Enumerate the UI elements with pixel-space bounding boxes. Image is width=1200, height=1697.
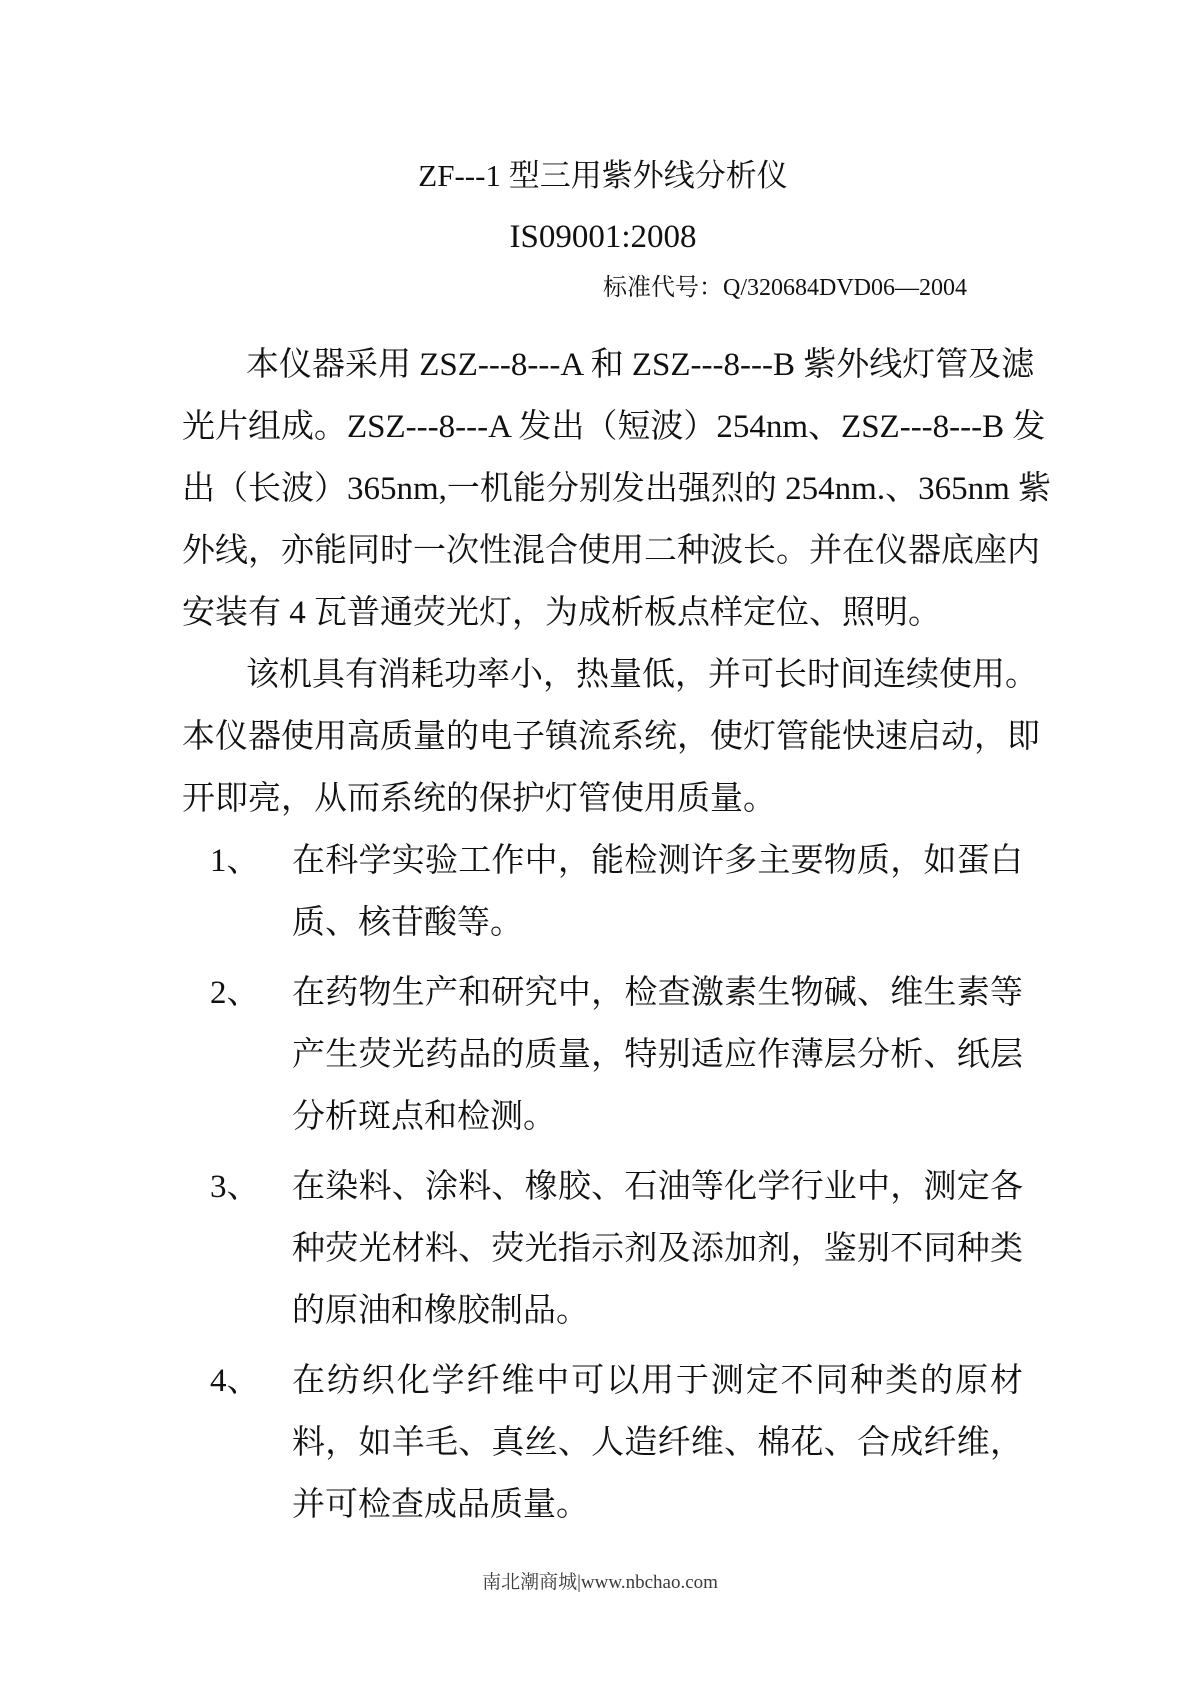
- list-item: 2、 在药物生产和研究中，检查激素生物碱、维生素等 产生荧光药品的质量，特别适应…: [182, 962, 1024, 1148]
- list-item-number: 4、: [210, 1350, 260, 1412]
- list-item: 1、 在科学实验工作中，能检测许多主要物质，如蛋白 质、核苷酸等。: [182, 830, 1024, 954]
- text-line: 产生荧光药品的质量，特别适应作薄层分析、纸层: [292, 1024, 1023, 1086]
- text-line: 在染料、涂料、橡胶、石油等化学行业中，测定各: [292, 1156, 1023, 1218]
- list-item: 4、 在纺织化学纤维中可以用于测定不同种类的原材 料，如羊毛、真丝、人造纤维、棉…: [182, 1350, 1024, 1536]
- text-line: 本仪器采用 ZSZ---8---A 和 ZSZ---8---B 紫外线灯管及滤: [182, 334, 1024, 396]
- paragraph: 该机具有消耗功率小，热量低，并可长时间连续使用。 本仪器使用高质量的电子镇流系统…: [182, 644, 1024, 830]
- footer-site-label: 南北潮商城|www.nbchao.com: [0, 1571, 1200, 1595]
- text-line: 在药物生产和研究中，检查激素生物碱、维生素等: [292, 962, 1023, 1024]
- text-line: 安装有 4 瓦普通荧光灯，为成析板点样定位、照明。: [182, 582, 1024, 644]
- list-item-number: 1、: [210, 830, 260, 892]
- text-line: 在科学实验工作中，能检测许多主要物质，如蛋白: [292, 830, 1023, 892]
- document-title: ZF---1 型三用紫外线分析仪: [182, 156, 1024, 196]
- text-line: 分析斑点和检测。: [292, 1086, 1023, 1148]
- text-line: 在纺织化学纤维中可以用于测定不同种类的原材: [292, 1350, 1023, 1412]
- text-line: 该机具有消耗功率小，热量低，并可长时间连续使用。: [182, 644, 1024, 706]
- paragraph: 本仪器采用 ZSZ---8---A 和 ZSZ---8---B 紫外线灯管及滤 …: [182, 334, 1024, 644]
- text-line: 种荧光材料、荧光指示剂及添加剂，鉴别不同种类: [292, 1218, 1023, 1280]
- text-line: 外线，亦能同时一次性混合使用二种波长。并在仪器底座内: [182, 520, 1024, 582]
- text-line: 并可检查成品质量。: [292, 1474, 1023, 1536]
- list-item: 3、 在染料、涂料、橡胶、石油等化学行业中，测定各 种荧光材料、荧光指示剂及添加…: [182, 1156, 1024, 1342]
- text-line: 质、核苷酸等。: [292, 892, 1023, 954]
- list-item-number: 3、: [210, 1156, 260, 1218]
- text-line: 本仪器使用高质量的电子镇流系统，使灯管能快速启动，即: [182, 706, 1024, 768]
- certification-line: IS09001:2008: [182, 217, 1024, 257]
- text-line: 开即亮，从而系统的保护灯管使用质量。: [182, 768, 1024, 830]
- list-item-number: 2、: [210, 962, 260, 1024]
- text-line: 出（长波）365nm,一机能分别发出强烈的 254nm.、365nm 紫: [182, 458, 1024, 520]
- text-line: 料，如羊毛、真丝、人造纤维、棉花、合成纤维，: [292, 1412, 1023, 1474]
- text-line: 的原油和橡胶制品。: [292, 1280, 1023, 1342]
- document-page: ZF---1 型三用紫外线分析仪 IS09001:2008 标准代号：Q/320…: [0, 0, 1200, 1697]
- text-line: 光片组成。ZSZ---8---A 发出（短波）254nm、ZSZ---8---B…: [182, 396, 1024, 458]
- standard-code-line: 标准代号：Q/320684DVD06—2004: [182, 273, 967, 303]
- document-body: 本仪器采用 ZSZ---8---A 和 ZSZ---8---B 紫外线灯管及滤 …: [182, 334, 1024, 1536]
